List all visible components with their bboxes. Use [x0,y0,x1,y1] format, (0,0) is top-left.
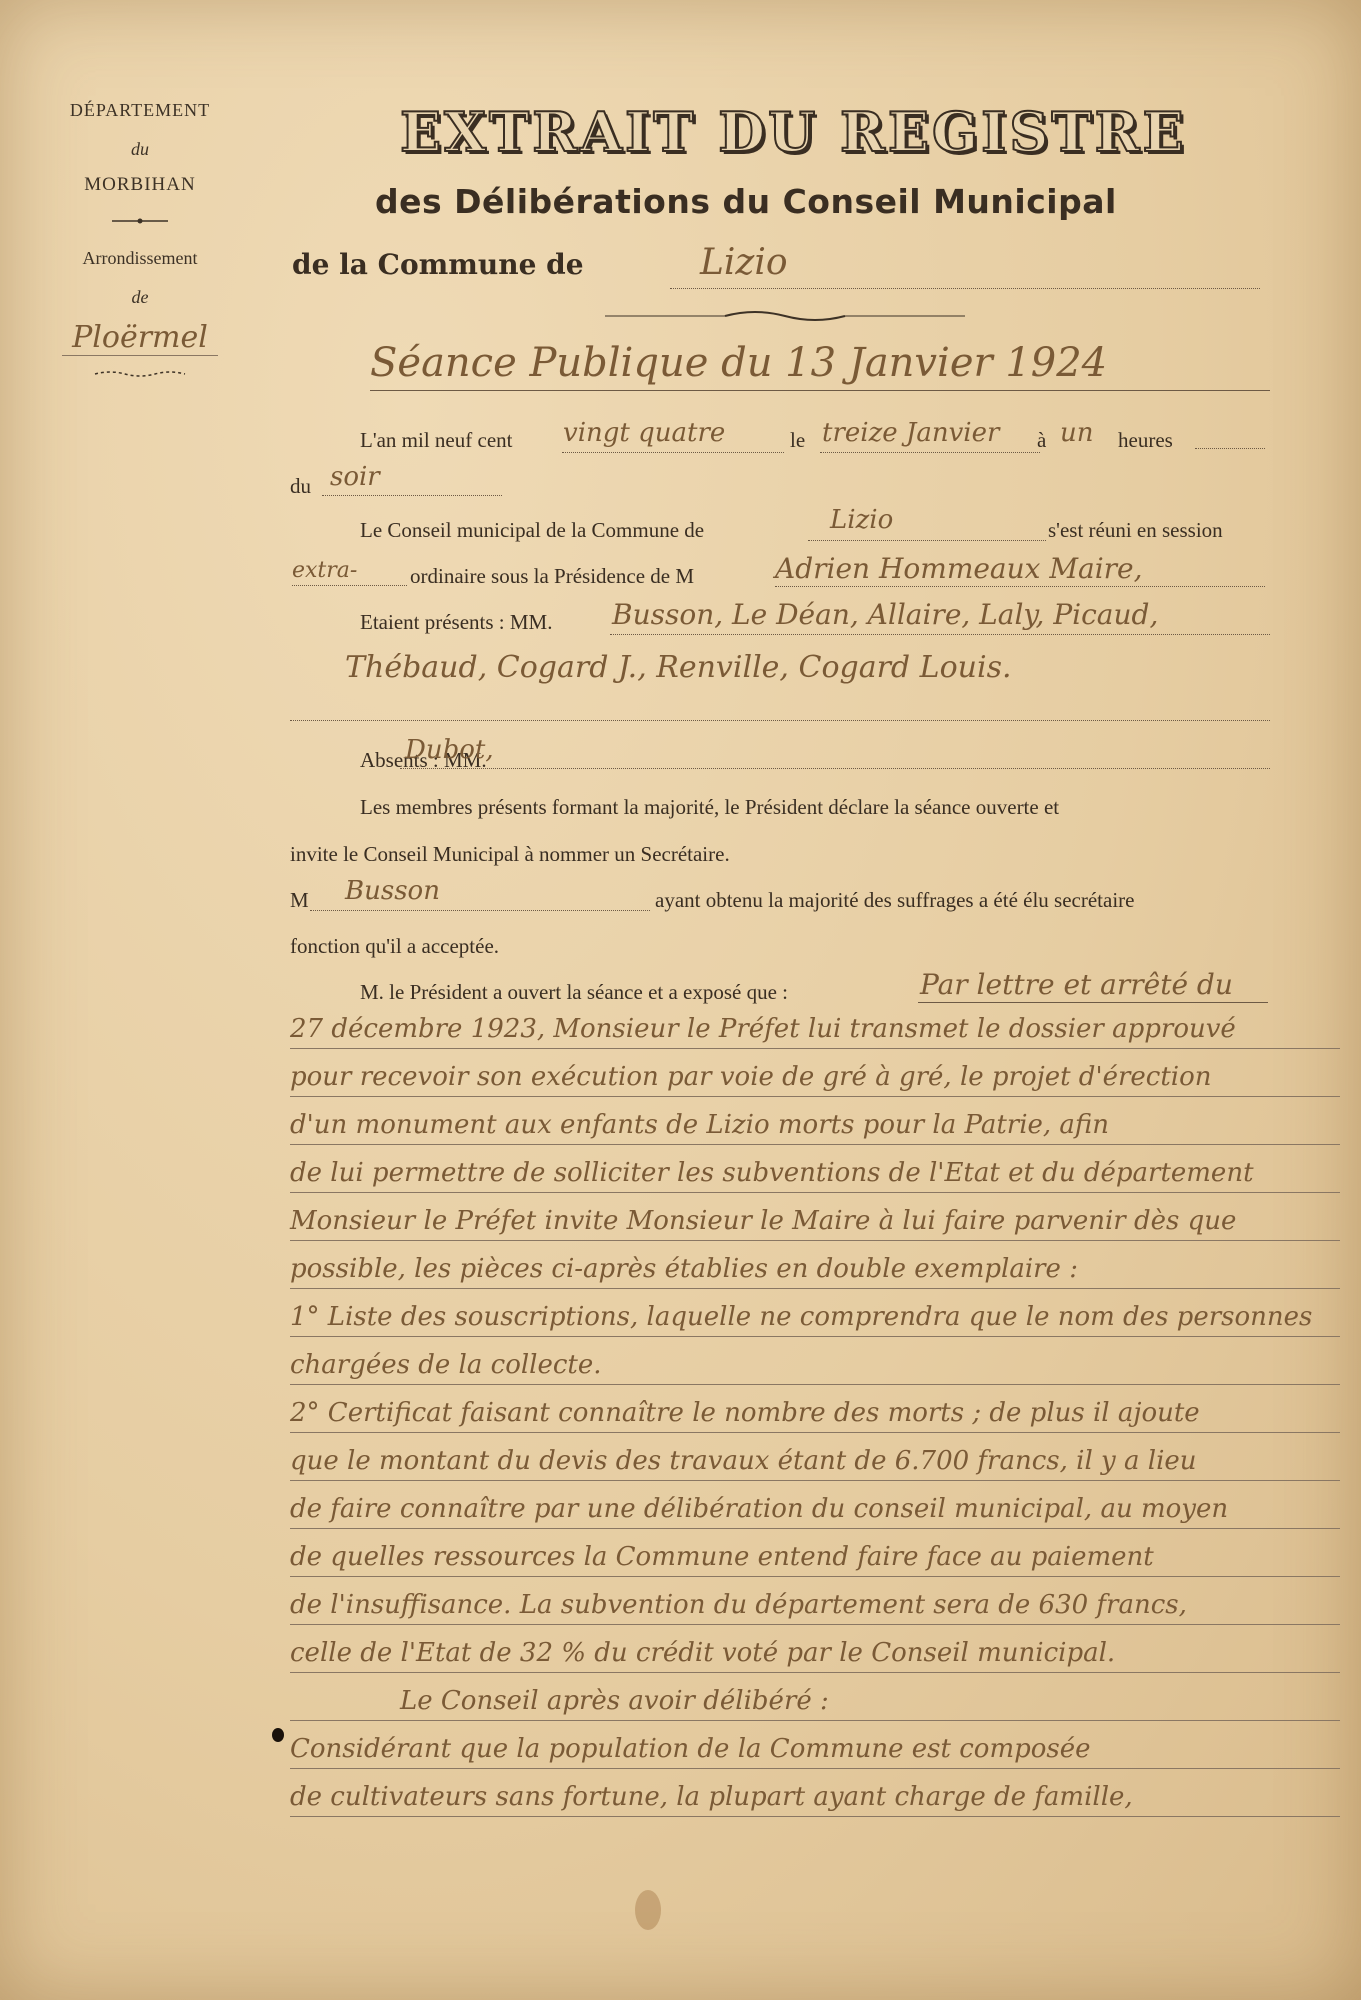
body-line: de faire connaître par une délibération … [290,1484,1340,1529]
body-line: 27 décembre 1923, Monsieur le Préfet lui… [290,1004,1340,1049]
body-text: pour recevoir son exécution par voie de … [290,1062,1212,1092]
document-subtitle: des Délibérations du Conseil Municipal [375,182,1117,221]
president-line [775,586,1265,587]
presents-rule-1 [610,634,1270,635]
secretary-name: Busson [345,876,440,906]
header-ornament-icon [605,308,965,324]
expose-line [918,1002,1268,1003]
body-line: pour recevoir son exécution par voie de … [290,1052,1340,1097]
time-of-day: soir [330,462,380,492]
body-text: 2° Certificat faisant connaître le nombr… [290,1398,1200,1428]
presidence-label: ordinaire sous la Présidence de M [410,564,694,589]
time-line [322,495,502,496]
body-line: d'un monument aux enfants de Lizio morts… [290,1100,1340,1145]
secretary-suffix: ayant obtenu la majorité des suffrages a… [655,888,1134,913]
body-line: chargées de la collecte. [290,1340,1340,1385]
departement-name: MORBIHAN [40,174,240,196]
seance-title: Séance Publique du 13 Janvier 1924 [370,340,1107,386]
body-text: de cultivateurs sans fortune, la plupart… [290,1782,1133,1812]
body-line: de lui permettre de solliciter les subve… [290,1148,1340,1193]
expose-prefix: M. le Président a ouvert la séance et a … [360,980,788,1005]
conseil-prefix: Le Conseil municipal de la Commune de [360,518,704,543]
session-line [292,585,407,586]
conseil-commune: Lizio [830,505,893,535]
commune-line [670,288,1260,289]
year-value: vingt quatre [563,418,725,448]
a-label: à [1037,428,1046,453]
body-line: 1° Liste des souscriptions, laquelle ne … [290,1292,1340,1337]
divider-ornament-icon [90,368,190,380]
secretary-line [310,910,650,911]
body-line: Monsieur le Préfet invite Monsieur le Ma… [290,1196,1340,1241]
body-text: possible, les pièces ci-après établies e… [290,1254,1078,1284]
body-text: d'un monument aux enfants de Lizio morts… [290,1110,1109,1140]
body-text: de l'insuffisance. La subvention du dépa… [290,1590,1187,1620]
du-label: du [290,474,311,499]
body-line: de l'insuffisance. La subvention du dépa… [290,1580,1340,1625]
secretary-end: fonction qu'il a acceptée. [290,934,499,959]
body-line: Le Conseil après avoir délibéré : [290,1676,1340,1721]
departement-label: DÉPARTEMENT [40,100,240,121]
date-line [820,452,1040,453]
commune-label: de la Commune de [292,248,584,281]
majority-text-1: Les membres présents formant la majorité… [360,795,1059,820]
body-line: de cultivateurs sans fortune, la plupart… [290,1772,1340,1817]
body-line: Considérant que la population de la Comm… [290,1724,1340,1769]
heures-line [1195,448,1265,449]
du-label: du [40,139,240,160]
body-line: que le montant du devis des travaux étan… [290,1436,1340,1481]
ink-blot [272,1728,284,1742]
body-line: celle de l'Etat de 32 % du crédit voté p… [290,1628,1340,1673]
majority-text-2: invite le Conseil Municipal à nommer un … [290,842,730,867]
body-text: 1° Liste des souscriptions, laquelle ne … [290,1302,1312,1332]
body-line: 2° Certificat faisant connaître le nombr… [290,1388,1340,1433]
absents-line [400,768,1270,769]
presents-rule-2 [290,720,1270,721]
presents-label: Etaient présents : MM. [360,610,552,635]
body-text: 27 décembre 1923, Monsieur le Préfet lui… [290,1014,1236,1044]
le-label: le [790,428,805,453]
body-text: de faire connaître par une délibération … [290,1494,1228,1524]
body-text: de lui permettre de solliciter les subve… [290,1158,1254,1188]
year-prefix: L'an mil neuf cent [360,428,512,453]
body-text: chargées de la collecte. [290,1350,602,1380]
absents-value: Dubot, [405,735,494,765]
commune-name: Lizio [700,242,788,283]
document-title: EXTRAIT DU REGISTRE [400,100,1187,164]
president-name: Adrien Hommeaux Maire, [775,552,1143,585]
session-type: extra- [292,558,357,583]
hour-value: un [1060,418,1094,448]
conseil-suffix: s'est réuni en session [1048,518,1223,543]
heures-label: heures [1118,428,1173,453]
body-text: Le Conseil après avoir délibéré : [400,1686,829,1716]
arrondissement-label: Arrondissement [40,248,240,269]
date-value: treize Janvier [822,418,999,448]
expose-first: Par lettre et arrêté du [920,968,1233,1001]
presents-line-2: Thébaud, Cogard J., Renville, Cogard Lou… [345,650,1012,685]
divider-ornament-icon [110,214,170,228]
body-text: Monsieur le Préfet invite Monsieur le Ma… [290,1206,1236,1236]
paper-stain [635,1890,661,1930]
seance-line [370,390,1270,391]
year-line [562,452,784,453]
left-margin: DÉPARTEMENT du MORBIHAN Arrondissement d… [40,100,240,380]
body-text: que le montant du devis des travaux étan… [290,1446,1197,1476]
de-label: de [40,287,240,308]
body-line: de quelles ressources la Commune entend … [290,1532,1340,1577]
body-text: celle de l'Etat de 32 % du crédit voté p… [290,1638,1115,1668]
presents-line-1: Busson, Le Déan, Allaire, Laly, Picaud, [612,598,1158,631]
body-line: possible, les pièces ci-après établies e… [290,1244,1340,1289]
body-text: de quelles ressources la Commune entend … [290,1542,1154,1572]
body-text: Considérant que la population de la Comm… [290,1734,1091,1764]
secretary-prefix: M [290,888,309,913]
conseil-line [808,540,1046,541]
arrondissement-name: Ploërmel [62,320,218,356]
